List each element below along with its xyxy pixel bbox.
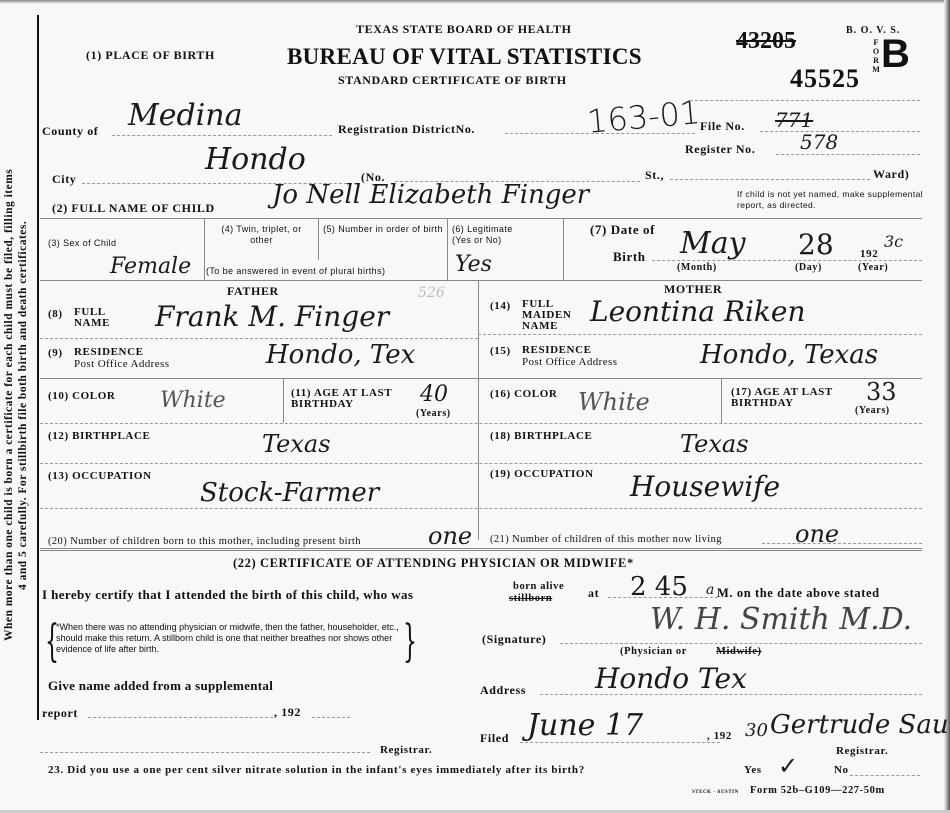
row-line <box>40 423 922 424</box>
children-living-line <box>762 543 922 544</box>
at-label: at <box>588 586 599 601</box>
dob-year-prefix: 192 <box>860 248 878 260</box>
father-color-value[interactable]: White <box>160 388 226 413</box>
father-occupation-label: (13) OCCUPATION <box>48 470 152 482</box>
section-divider <box>40 548 922 551</box>
row-line <box>478 334 922 335</box>
county-label: County of <box>42 124 98 139</box>
signature-label: (Signature) <box>482 632 546 647</box>
col-divider <box>318 218 319 260</box>
row-line <box>40 508 922 509</box>
address-label: Address <box>480 683 526 698</box>
side-note-line-2: 4 and 5 carefully. For stillbirth file b… <box>16 100 30 710</box>
report-year-line <box>312 717 350 718</box>
father-name-value[interactable]: Frank M. Finger <box>155 300 389 333</box>
certificate-title: STANDARD CERTIFICATE OF BIRTH <box>338 73 567 88</box>
registration-district-label: Registration DistrictNo. <box>338 122 475 137</box>
children-living-label: (21) Number of children of this mother n… <box>490 534 722 545</box>
bureau-title: BUREAU OF VITAL STATISTICS <box>287 44 642 70</box>
city-value[interactable]: Hondo <box>205 142 306 177</box>
col-divider <box>447 218 448 280</box>
plural-births-note: (To be answered in event of plural birth… <box>206 266 385 276</box>
father-heading: FATHER <box>227 284 279 299</box>
col-divider <box>721 378 722 423</box>
child-name-label: (2) FULL NAME OF CHILD <box>52 201 215 216</box>
time-value[interactable]: 2 45 <box>630 572 688 602</box>
row-divider <box>40 280 922 281</box>
row-line <box>40 463 922 464</box>
sex-label: (3) Sex of Child <box>48 237 118 249</box>
mother-name-label: FULL MAIDEN NAME <box>522 299 582 332</box>
father-age-label: (11) AGE AT LAST BIRTHDAY <box>291 388 431 410</box>
no-line <box>850 775 920 776</box>
father-birthplace-label: (12) BIRTHPLACE <box>48 430 150 442</box>
physician-note: *When there was no attending physician o… <box>44 622 428 655</box>
filed-date-value[interactable]: June 17 <box>527 708 643 743</box>
address-value[interactable]: Hondo Tex <box>595 662 747 695</box>
father-color-label: (10) COLOR <box>48 390 115 402</box>
father-residence-label: RESIDENCE <box>74 346 144 358</box>
yes-label: Yes <box>744 764 762 776</box>
mother-color-label: (16) COLOR <box>490 388 557 400</box>
mother-years-caption: (Years) <box>855 405 890 416</box>
street-line <box>670 179 870 180</box>
row-divider <box>40 378 922 379</box>
children-born-value[interactable]: one <box>428 522 472 550</box>
register-no-value[interactable]: 578 <box>800 130 838 154</box>
month-caption: (Month) <box>677 262 717 273</box>
birth-order-label: (5) Number in order of birth <box>322 224 444 235</box>
form-vertical-label: FORM <box>872 38 880 74</box>
file-no-label: File No. <box>700 119 745 134</box>
father-years-caption: (Years) <box>416 408 451 419</box>
registrar-signature[interactable]: Gertrude Sauter <box>770 710 950 740</box>
col-divider <box>204 218 205 280</box>
file-no-value[interactable]: 771 <box>775 108 813 132</box>
report-line <box>88 717 273 718</box>
brace-right: } <box>403 620 417 664</box>
col-divider <box>563 218 564 280</box>
no-label: No <box>834 764 849 776</box>
supplemental-label: Give name added from a supplemental <box>48 678 273 694</box>
register-no-line <box>776 154 920 155</box>
twin-label: (4) Twin, triplet, or other <box>209 224 314 246</box>
dob-year-value[interactable]: 3c <box>884 232 903 251</box>
report-label: report <box>42 706 78 721</box>
parents-divider <box>478 280 479 540</box>
sex-value[interactable]: Female <box>110 254 191 279</box>
col-divider <box>283 378 284 423</box>
signature-line <box>560 643 922 644</box>
row-line <box>40 338 478 339</box>
midwife-caption: Midwife) <box>716 646 762 657</box>
yes-checkmark-icon[interactable]: ✓ <box>778 752 798 780</box>
mother-color-value[interactable]: White <box>578 388 650 416</box>
time-tail: M. on the date above stated <box>717 586 880 601</box>
filed-year-prefix: , 192 <box>707 730 732 742</box>
dob-birth-label: Birth <box>613 249 646 265</box>
form-number: Form 52b–G109—227-50m <box>750 785 885 796</box>
certificate-number: 45525 <box>790 64 860 94</box>
street-label: St., <box>645 168 664 183</box>
registrar-label-left: Registrar. <box>380 744 432 756</box>
row-divider <box>40 218 922 219</box>
side-instruction-note: When more than one child is born a certi… <box>2 100 36 710</box>
mother-residence-num: (15) <box>490 345 511 357</box>
certify-text: I hereby certify that I attended the bir… <box>42 587 413 603</box>
mother-residence-sub: Post Office Address <box>522 356 617 368</box>
not-named-note: If child is not yet named, make suppleme… <box>737 189 923 211</box>
father-occupation-value[interactable]: Stock-Farmer <box>200 478 379 508</box>
mother-occupation-value[interactable]: Housewife <box>630 470 780 503</box>
father-name-label: FULL NAME <box>74 307 134 329</box>
filed-label: Filed <box>480 731 509 746</box>
faint-mark: 526 <box>418 285 445 301</box>
county-value[interactable]: Medina <box>128 98 242 133</box>
register-no-label: Register No. <box>685 142 755 157</box>
county-line <box>112 135 332 136</box>
place-of-birth-heading: (1) PLACE OF BIRTH <box>86 48 215 63</box>
left-border <box>37 15 39 720</box>
form-letter: B <box>881 32 910 77</box>
report-year: , 192 <box>274 705 301 720</box>
dob-day-value[interactable]: 28 <box>798 228 834 261</box>
stillborn-option[interactable]: stillborn <box>509 593 552 604</box>
father-name-num: (8) <box>48 308 63 320</box>
mother-name-num: (14) <box>490 300 511 312</box>
born-alive-option[interactable]: born alive <box>513 581 564 592</box>
mother-birthplace-value[interactable]: Texas <box>680 430 749 458</box>
mother-age-label: (17) AGE AT LAST BIRTHDAY <box>731 387 871 409</box>
mother-residence-label: RESIDENCE <box>522 344 592 356</box>
father-residence-num: (9) <box>48 347 63 359</box>
dob-label: (7) Date of <box>590 222 655 238</box>
city-label: City <box>52 172 76 187</box>
mother-name-value[interactable]: Leontina Riken <box>590 295 806 328</box>
father-birthplace-value[interactable]: Texas <box>262 430 331 458</box>
cert-number-line <box>690 100 920 101</box>
filed-year-value[interactable]: 30 <box>745 720 768 741</box>
board-name: TEXAS STATE BOARD OF HEALTH <box>356 22 572 37</box>
physician-caption: (Physician or <box>620 646 687 657</box>
signature-value[interactable]: W. H. Smith M.D. <box>650 602 912 637</box>
legitimate-label: (6) Legitimate (Yes or No) <box>452 224 532 246</box>
children-born-label: (20) Number of children born to this mot… <box>48 536 361 547</box>
old-certificate-number: 43205 <box>736 28 796 55</box>
child-name-value[interactable]: Jo Nell Elizabeth Finger <box>272 180 589 210</box>
year-caption: (Year) <box>858 262 888 273</box>
mother-age-value[interactable]: 33 <box>866 378 897 406</box>
certificate-heading: (22) CERTIFICATE OF ATTENDING PHYSICIAN … <box>233 556 634 571</box>
registrar-label-right: Registrar. <box>836 745 888 757</box>
father-residence-value[interactable]: Hondo, Tex <box>266 340 415 370</box>
registration-line <box>505 133 695 134</box>
ward-label: Ward) <box>873 167 909 182</box>
time-am-value[interactable]: a <box>706 582 714 598</box>
day-caption: (Day) <box>795 262 822 273</box>
father-residence-sub: Post Office Address <box>74 358 169 370</box>
children-living-value[interactable]: one <box>795 520 839 548</box>
printer-mark: STECK - AUSTIN <box>692 790 739 795</box>
legitimate-value[interactable]: Yes <box>455 252 492 277</box>
mother-residence-value[interactable]: Hondo, Texas <box>700 340 878 370</box>
side-note-line-1: When more than one child is born a certi… <box>2 100 16 710</box>
dob-month-value[interactable]: May <box>680 226 746 261</box>
silver-nitrate-question: 23. Did you use a one per cent silver ni… <box>48 764 585 776</box>
birth-certificate: When more than one child is born a certi… <box>0 0 950 813</box>
registrar-line <box>40 752 370 753</box>
mother-birthplace-label: (18) BIRTHPLACE <box>490 430 592 442</box>
mother-occupation-label: (19) OCCUPATION <box>490 468 594 480</box>
father-age-value[interactable]: 40 <box>420 382 448 407</box>
paper-edge-top <box>0 0 950 4</box>
paper-edge-right <box>944 0 950 813</box>
